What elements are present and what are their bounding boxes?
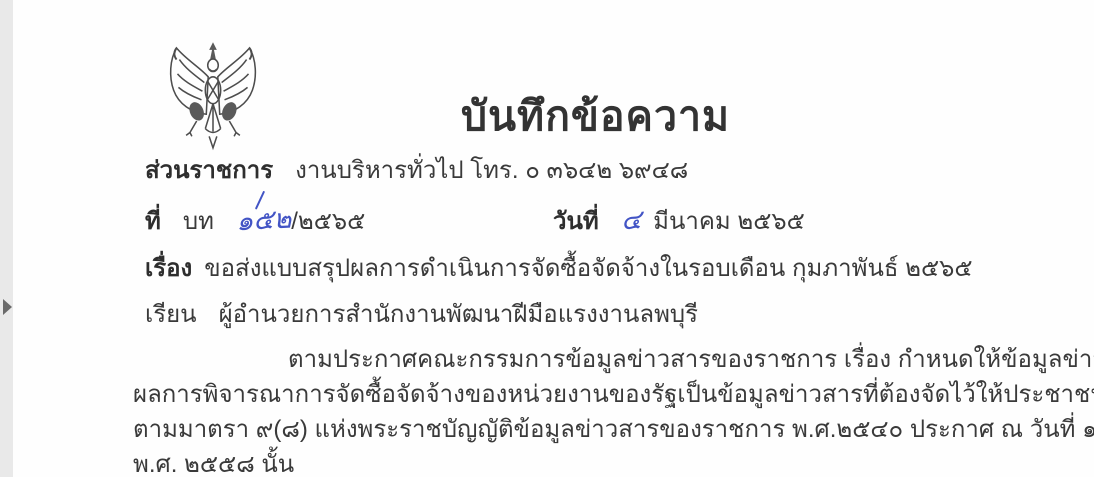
expand-arrow-icon[interactable] <box>3 299 12 315</box>
viewer-gutter <box>0 0 13 477</box>
recipient-value: ผู้อำนวยการสำนักงานพัฒนาฝีมือแรงงานลพบุร… <box>219 301 698 328</box>
recipient-label: เรียน <box>145 301 197 328</box>
doc-number-line: ที่บท๑๕๒/๒๕๖๕ <box>145 198 365 241</box>
department-label: ส่วนราชการ <box>145 157 273 184</box>
date-label: วันที่ <box>553 208 599 235</box>
garuda-emblem-icon <box>165 40 261 152</box>
body-line-3: ตามมาตรา ๙(๘) แห่งพระราชบัญญัติข้อมูลข่า… <box>133 409 1094 448</box>
date-month-year: มีนาคม ๒๕๖๕ <box>653 208 805 235</box>
doc-number-handwritten: ๑๕๒ <box>235 197 293 243</box>
memo-page: บันทึกข้อความ ส่วนราชการงานบริหารทั่วไป … <box>13 0 1094 477</box>
body-line-4: พ.ศ. ๒๕๕๘ นั้น <box>133 444 294 477</box>
doc-number-year: /๒๕๖๕ <box>291 208 365 235</box>
department-value: งานบริหารทั่วไป โทร. ๐ ๓๖๔๒ ๖๙๔๘ <box>295 157 688 184</box>
viewer-canvas: บันทึกข้อความ ส่วนราชการงานบริหารทั่วไป … <box>0 0 1094 477</box>
memo-title: บันทึกข้อความ <box>461 84 730 149</box>
date-line: วันที่๔มีนาคม ๒๕๖๕ <box>553 198 805 241</box>
department-line: ส่วนราชการงานบริหารทั่วไป โทร. ๐ ๓๖๔๒ ๖๙… <box>145 150 688 189</box>
date-day-handwritten: ๔ <box>620 197 643 241</box>
subject-line: เรื่องขอส่งแบบสรุปผลการดำเนินการจัดซื้อจ… <box>145 248 973 287</box>
doc-number-label: ที่ <box>145 208 161 235</box>
subject-label: เรื่อง <box>145 255 192 282</box>
recipient-line: เรียนผู้อำนวยการสำนักงานพัฒนาฝีมือแรงงาน… <box>145 294 698 333</box>
body-line-2: ผลการพิจารณาการจัดซื้อจัดจ้างของหน่วยงาน… <box>133 374 1094 413</box>
body-line-1: ตามประกาศคณะกรรมการข้อมูลข่าวสารของราชกา… <box>288 339 1094 378</box>
subject-value: ขอส่งแบบสรุปผลการดำเนินการจัดซื้อจัดจ้าง… <box>204 255 972 282</box>
doc-number-unit: บท <box>183 208 214 235</box>
